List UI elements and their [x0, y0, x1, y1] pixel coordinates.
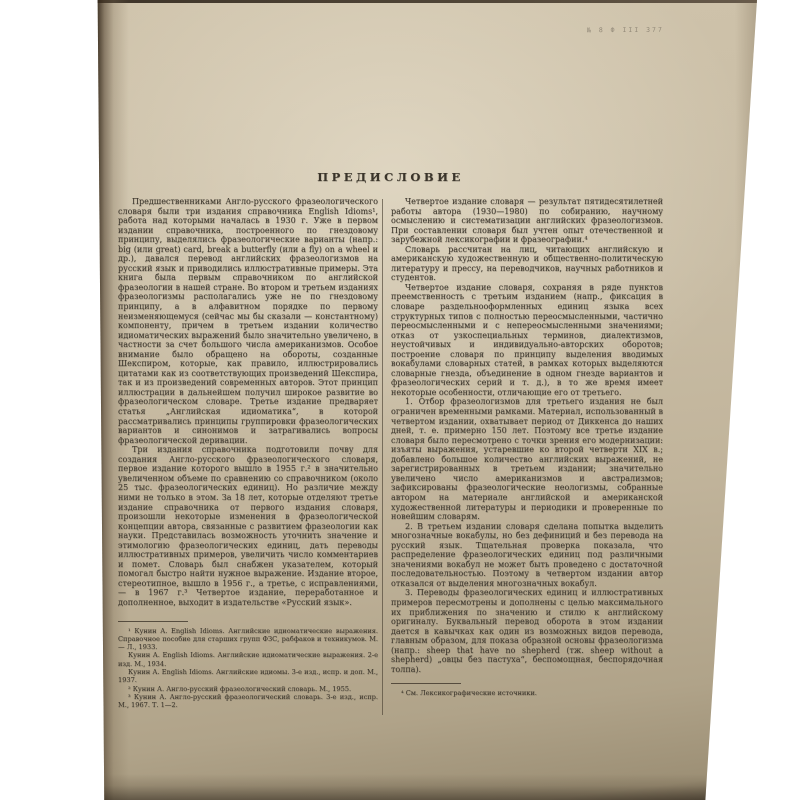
footnote: ⁴ См. Лексикографические источники.: [391, 689, 663, 697]
page-bottom-shadow: [95, 774, 757, 800]
page-top-edge: [95, 0, 757, 3]
paragraph: Четвертое издание словаря — результат пя…: [391, 197, 663, 245]
footnote: ¹ Кунин А. English Idioms. Английские ид…: [118, 627, 378, 652]
paragraph: 3. Переводы фразеологических единиц и ил…: [391, 588, 663, 674]
footnote: ³ Кунин А. Англо-русский фразеологически…: [118, 693, 378, 710]
footnote: Кунин А. English Idioms. Английские идио…: [118, 651, 378, 668]
column-divider: [382, 199, 383, 715]
photo-background: № 8 Ф III 377 ПРЕДИСЛОВИЕ Предшественник…: [0, 0, 800, 800]
paragraph: Четвертое издание словаря, сохраняя в ря…: [391, 283, 663, 398]
text-columns: Предшественниками Англо-русского фразеол…: [118, 197, 663, 709]
paragraph: Предшественниками Англо-русского фразеол…: [118, 197, 378, 445]
page-content: ПРЕДИСЛОВИЕ Предшественниками Англо-русс…: [118, 170, 663, 709]
footnote-rule: [118, 621, 188, 622]
page-title: ПРЕДИСЛОВИЕ: [118, 170, 663, 184]
paragraph: 2. В третьем издании словаря сделана поп…: [391, 522, 663, 589]
paragraph: Словарь рассчитан на лиц, читающих англи…: [391, 245, 663, 283]
footnote-rule: [391, 683, 461, 684]
footnote: ² Кунин А. Англо-русский фразеологически…: [118, 685, 378, 693]
paragraph: Три издания справочника подготовили почв…: [118, 445, 378, 607]
pencil-note: № 8 Ф III 377: [587, 26, 664, 35]
right-footnotes: ⁴ См. Лексикографические источники.: [391, 683, 663, 697]
page-right-shadow: [735, 0, 757, 800]
paragraph: 1. Отбор фразеологизмов для третьего изд…: [391, 397, 663, 521]
book-page: № 8 Ф III 377 ПРЕДИСЛОВИЕ Предшественник…: [95, 0, 757, 800]
right-column: Четвертое издание словаря — результат пя…: [391, 197, 663, 709]
footnote: Кунин А. English Idioms. Английские идио…: [118, 668, 378, 685]
left-footnotes: ¹ Кунин А. English Idioms. Английские ид…: [118, 621, 378, 710]
left-column: Предшественниками Англо-русского фразеол…: [118, 197, 378, 709]
